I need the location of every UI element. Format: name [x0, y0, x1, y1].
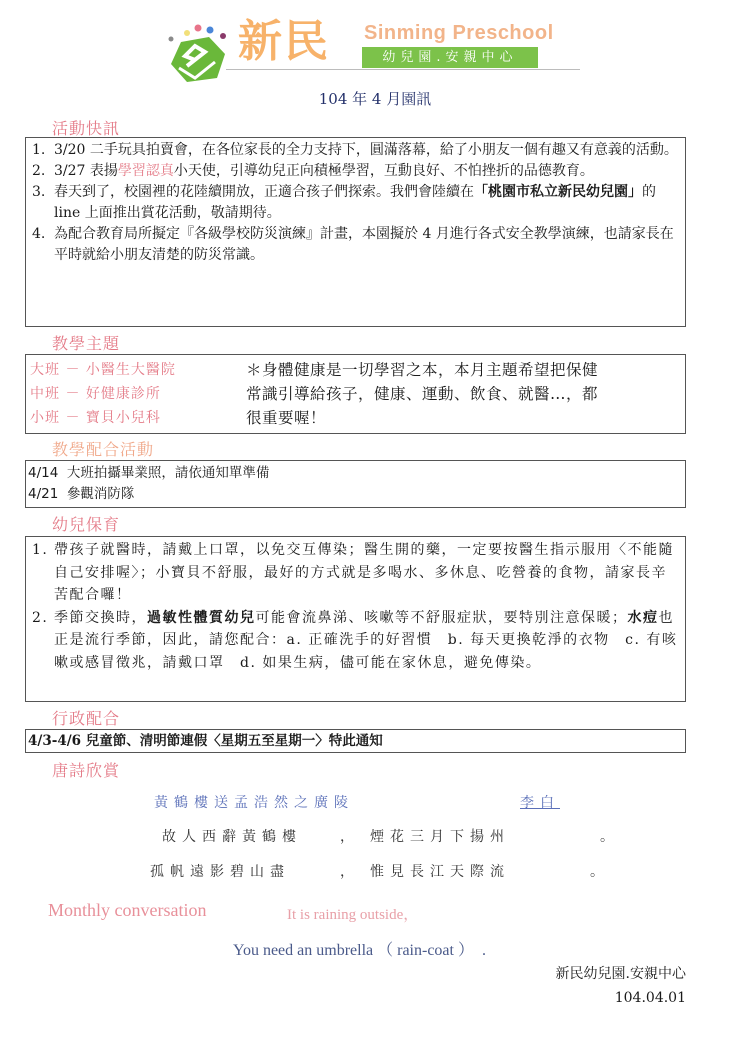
logo-english-name: Sinming Preschool — [364, 22, 554, 45]
poem-period: 。 — [600, 826, 620, 846]
class-theme: 小班 － 寶貝小兒科 — [30, 406, 246, 430]
conversation-line-2: You need an umbrella （ rain-coat ） . — [233, 937, 486, 960]
signature-date: 104.04.01 — [556, 986, 686, 1010]
signature: 新民幼兒園.安親中心 104.04.01 — [556, 962, 686, 1010]
item-number: 1. — [32, 539, 54, 607]
item-date: 4/21 — [28, 486, 58, 502]
section-heading-teaching-theme: 教學主題 — [52, 331, 120, 354]
list-item: 4. 為配合教育局所擬定『各級學校防災演練』計畫，本園擬於 4 月進行各式安全教… — [32, 224, 679, 266]
poem-comma: ， — [340, 861, 360, 881]
list-item: 1. 帶孩子就醫時，請戴上口罩，以免交互傳染；醫生開的藥，一定要按醫生指示服用〈… — [32, 539, 679, 607]
class-theme: 大班 － 小醫生大醫院 — [30, 358, 246, 382]
theme-description: ＊身體健康是一切學習之本，本月主題希望把保健 — [246, 358, 681, 382]
item-text: 3/20 二手玩具拍賣會，在各位家長的全力支持下，圓滿落幕，給了小朋友一個有趣又… — [54, 140, 679, 161]
item-text: 參觀消防隊 — [67, 486, 135, 502]
theme-description: 常識引導給孩子，健康、運動、飲食、就醫…，都 — [246, 382, 681, 406]
teaching-theme-box: 大班 － 小醫生大醫院 ＊身體健康是一切學習之本，本月主題希望把保健 中班 － … — [25, 354, 686, 434]
section-heading-poem: 唐詩欣賞 — [52, 758, 120, 781]
poem-line-2b: 惟見長江天際流 — [370, 861, 510, 881]
section-heading-child-care: 幼兒保育 — [52, 512, 120, 535]
section-heading-teaching-activities: 教學配合活動 — [52, 437, 154, 460]
conversation-label: Monthly conversation — [48, 900, 206, 921]
theme-row: 大班 － 小醫生大醫院 ＊身體健康是一切學習之本，本月主題希望把保健 — [30, 358, 681, 382]
logo-chinese-name: 新民 — [238, 20, 330, 64]
bold-text: 水痘 — [628, 610, 659, 626]
poem-line-2a: 孤帆遠影碧山盡 — [150, 861, 290, 881]
theme-description: 很重要喔！ — [246, 406, 681, 430]
poem-title: 黃鶴樓送孟浩然之廣陵 — [154, 792, 354, 812]
item-text: 帶孩子就醫時，請戴上口罩，以免交互傳染；醫生開的藥，一定要按醫生指示服用〈不能隨… — [54, 539, 679, 607]
conversation-line-1: It is raining outside， — [287, 903, 418, 924]
item-number: 3. — [32, 182, 54, 224]
section-heading-admin: 行政配合 — [52, 706, 120, 729]
list-item: 1. 3/20 二手玩具拍賣會，在各位家長的全力支持下，圓滿落幕，給了小朋友一個… — [32, 140, 679, 161]
list-item: 4/21 參觀消防隊 — [28, 484, 683, 505]
list-item: 2. 季節交換時，過敏性體質幼兒可能會流鼻涕、咳嗽等不舒服症狀，要特別注意保暖；… — [32, 607, 679, 675]
text-segment: 春天到了，校園裡的花陸續開放，正適合孩子們探索。我們會陸續在 — [54, 184, 474, 200]
poem-author: 李白 — [520, 792, 560, 812]
highlight-text: 學習認真 — [118, 163, 174, 179]
poem-line-1b: 煙花三月下揚州 — [370, 826, 510, 846]
item-text: 3/27 表揚學習認真小天使，引導幼兒正向積極學習，互動良好、不怕挫折的品德教育… — [54, 161, 679, 182]
section-heading-activity-news: 活動快訊 — [52, 116, 120, 139]
admin-notice: 4/3-4/6 兒童節、清明節連假〈星期五至星期一〉特此通知 — [28, 733, 383, 749]
list-item: 3. 春天到了，校園裡的花陸續開放，正適合孩子們探索。我們會陸續在「桃園市私立新… — [32, 182, 679, 224]
list-item: 4/14 大班拍攝畢業照，請依通知單準備 — [28, 463, 683, 484]
text-segment: 可能會流鼻涕、咳嗽等不舒服症狀，要特別注意保暖； — [256, 610, 628, 626]
poem-line-1a: 故人西辭黃鶴樓 — [162, 826, 302, 846]
item-text: 大班拍攝畢業照，請依通知單準備 — [67, 465, 270, 481]
item-number: 4. — [32, 224, 54, 266]
text-segment: 小天使，引導幼兒正向積極學習，互動良好、不怕挫折的品德教育。 — [174, 163, 594, 179]
class-theme: 中班 － 好健康診所 — [30, 382, 246, 406]
theme-row: 小班 － 寶貝小兒科 很重要喔！ — [30, 406, 681, 430]
school-logo-icon — [165, 22, 231, 84]
text-segment: 季節交換時， — [54, 610, 147, 626]
page-title: 104 年 4 月園訊 — [0, 88, 750, 109]
child-care-box: 1. 帶孩子就醫時，請戴上口罩，以免交互傳染；醫生開的藥，一定要按醫生指示服用〈… — [25, 536, 686, 702]
logo-subtitle: 幼兒園.安親中心 — [362, 47, 538, 68]
poem-period: 。 — [590, 861, 610, 881]
item-number: 1. — [32, 140, 54, 161]
header-divider — [226, 69, 580, 70]
text-segment: 3/27 表揚 — [54, 163, 118, 179]
signature-org: 新民幼兒園.安親中心 — [556, 962, 686, 986]
bold-text: 「桃園市私立新民幼兒園」 — [474, 184, 642, 200]
item-text: 為配合教育局所擬定『各級學校防災演練』計畫，本園擬於 4 月進行各式安全教學演練… — [54, 224, 679, 266]
item-text: 季節交換時，過敏性體質幼兒可能會流鼻涕、咳嗽等不舒服症狀，要特別注意保暖；水痘也… — [54, 607, 679, 675]
item-number: 2. — [32, 607, 54, 675]
admin-box: 4/3-4/6 兒童節、清明節連假〈星期五至星期一〉特此通知 — [25, 729, 686, 753]
theme-row: 中班 － 好健康診所 常識引導給孩子，健康、運動、飲食、就醫…，都 — [30, 382, 681, 406]
item-date: 4/14 — [28, 465, 58, 481]
item-text: 春天到了，校園裡的花陸續開放，正適合孩子們探索。我們會陸續在「桃園市私立新民幼兒… — [54, 182, 679, 224]
activity-news-box: 1. 3/20 二手玩具拍賣會，在各位家長的全力支持下，圓滿落幕，給了小朋友一個… — [25, 137, 686, 327]
item-number: 2. — [32, 161, 54, 182]
list-item: 2. 3/27 表揚學習認真小天使，引導幼兒正向積極學習，互動良好、不怕挫折的品… — [32, 161, 679, 182]
poem-comma: ， — [340, 826, 360, 846]
bold-text: 過敏性體質幼兒 — [147, 610, 256, 626]
teaching-activities-box: 4/14 大班拍攝畢業照，請依通知單準備 4/21 參觀消防隊 — [25, 460, 686, 508]
